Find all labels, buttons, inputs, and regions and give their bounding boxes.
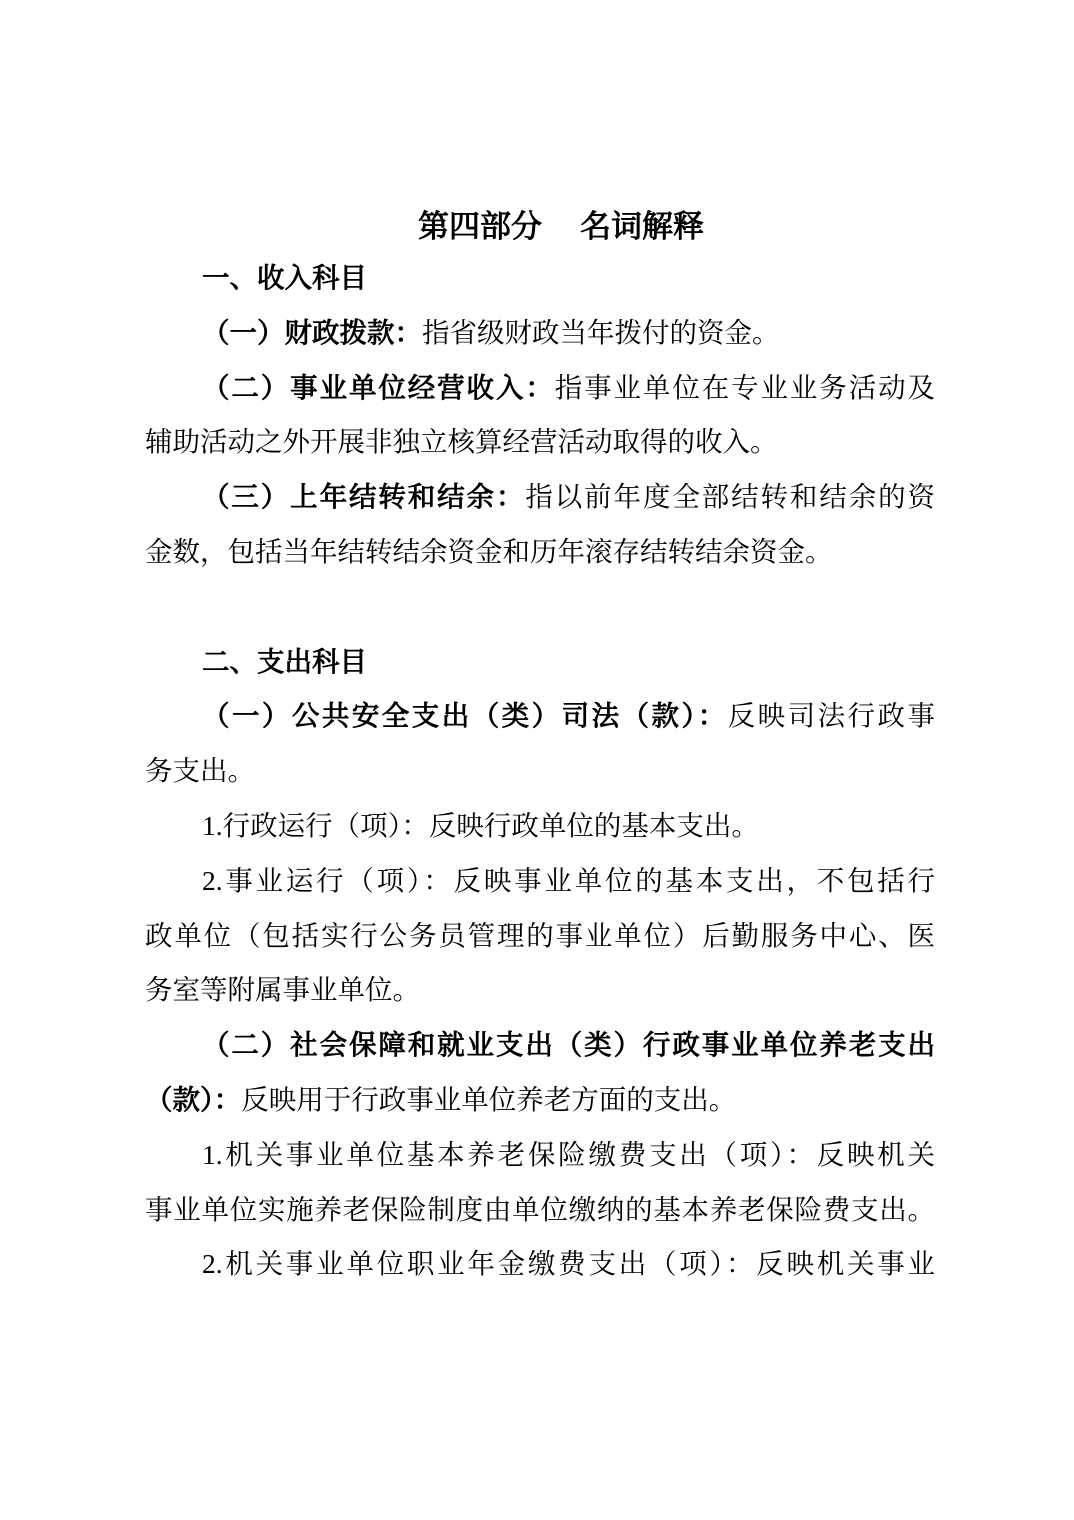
text-segment: （一）财政拨款：: [202, 317, 422, 348]
text-line: 务支出。: [145, 744, 935, 799]
text-segment: 一、收入科目: [202, 262, 367, 293]
document-lines: 一、收入科目（一）财政拨款：指省级财政当年拨付的资金。（二）事业单位经营收入：指…: [145, 251, 935, 1292]
text-line: 1.机关事业单位基本养老保险缴费支出（项）：反映机关: [145, 1128, 935, 1183]
text-segment: 务支出。: [145, 755, 255, 786]
text-segment: 指以前年度全部结转和结余的资: [525, 481, 935, 512]
document-page: 第四部分 名词解释 一、收入科目（一）财政拨款：指省级财政当年拨付的资金。（二）…: [0, 0, 1074, 1520]
text-segment: 1.机关事业单位基本养老保险缴费支出（项）：反映机关: [202, 1139, 935, 1170]
text-line: 2.事业运行（项）：反映事业单位的基本支出，不包括行: [145, 854, 935, 909]
text-line: （三）上年结转和结余：指以前年度全部结转和结余的资: [145, 470, 935, 525]
page-title: 第四部分 名词解释: [145, 196, 935, 251]
text-segment: （一）公共安全支出（类）司法（款）：: [202, 700, 728, 731]
text-segment: 反映用于行政事业单位养老方面的支出。: [241, 1084, 736, 1115]
text-segment: 金数，包括当年结转结余资金和历年滚存结转结余资金。: [145, 536, 833, 567]
text-line: 2.机关事业单位职业年金缴费支出（项）：反映机关事业: [145, 1237, 935, 1292]
text-line: 二、支出科目: [145, 635, 935, 690]
text-line: 务室等附属事业单位。: [145, 963, 935, 1018]
text-line: 政单位（包括实行公务员管理的事业单位）后勤服务中心、医: [145, 909, 935, 964]
text-segment: 1.行政运行（项）：反映行政单位的基本支出。: [202, 810, 759, 841]
text-line: [145, 580, 935, 635]
text-segment: 指事业单位在专业业务活动及: [555, 372, 935, 403]
text-line: 金数，包括当年结转结余资金和历年滚存结转结余资金。: [145, 525, 935, 580]
text-segment: 辅助活动之外开展非独立核算经营活动取得的收入。: [145, 426, 778, 457]
text-line: （二）事业单位经营收入：指事业单位在专业业务活动及: [145, 361, 935, 416]
text-line: （一）财政拨款：指省级财政当年拨付的资金。: [145, 306, 935, 361]
text-segment: 事业单位实施养老保险制度由单位缴纳的基本养老保险费支出。: [145, 1194, 935, 1225]
text-line: 一、收入科目: [145, 251, 935, 306]
document-content: 第四部分 名词解释 一、收入科目（一）财政拨款：指省级财政当年拨付的资金。（二）…: [145, 196, 935, 1292]
text-segment: 反映司法行政事: [728, 700, 935, 731]
page-title-part-2: 名词解释: [580, 201, 704, 246]
text-segment: （三）上年结转和结余：: [202, 481, 525, 512]
text-segment: 指省级财政当年拨付的资金。: [422, 317, 780, 348]
text-segment: 2.机关事业单位职业年金缴费支出（项）：反映机关事业: [202, 1248, 935, 1279]
text-segment: 政单位（包括实行公务员管理的事业单位）后勤服务中心、医: [145, 920, 935, 951]
text-segment: 务室等附属事业单位。: [145, 974, 420, 1005]
text-line: （款）：反映用于行政事业单位养老方面的支出。: [145, 1073, 935, 1128]
text-segment: 二、支出科目: [202, 646, 367, 677]
text-line: 事业单位实施养老保险制度由单位缴纳的基本养老保险费支出。: [145, 1183, 935, 1238]
text-line: 1.行政运行（项）：反映行政单位的基本支出。: [145, 799, 935, 854]
text-segment: （二）事业单位经营收入：: [202, 372, 555, 403]
text-line: （二）社会保障和就业支出（类）行政事业单位养老支出: [145, 1018, 935, 1073]
text-line: 辅助活动之外开展非独立核算经营活动取得的收入。: [145, 415, 935, 470]
page-title-part-1: 第四部分: [418, 201, 542, 246]
text-segment: 2.事业运行（项）：反映事业单位的基本支出，不包括行: [202, 865, 935, 896]
text-line: （一）公共安全支出（类）司法（款）：反映司法行政事: [145, 689, 935, 744]
text-segment: （二）社会保障和就业支出（类）行政事业单位养老支出: [202, 1029, 935, 1060]
text-segment: （款）：: [145, 1084, 241, 1115]
